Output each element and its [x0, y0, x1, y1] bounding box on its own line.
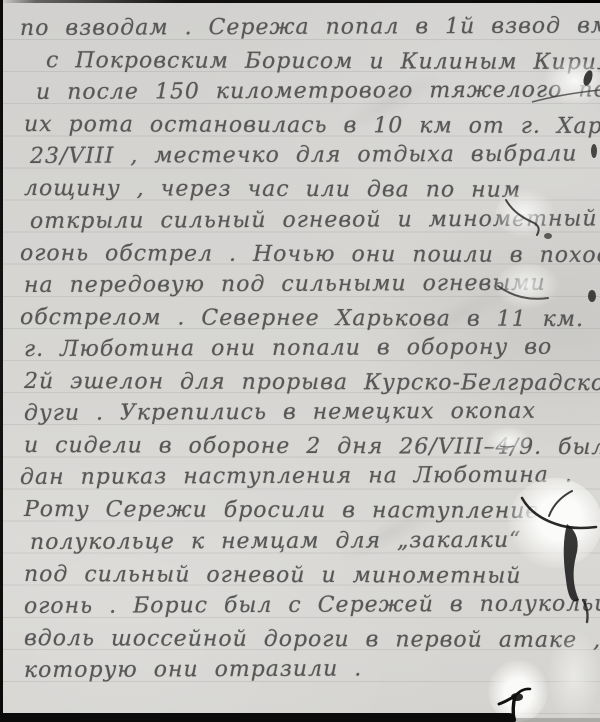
handwritten-line: которую они отразили . [18, 652, 596, 687]
handwritten-line: и после 150 километрового тяжелого поход… [18, 75, 596, 110]
handwritten-line: полукольце к немцам для „закалки“ [18, 524, 596, 559]
handwritten-line: Роту Сережи бросили в наступление [18, 494, 596, 528]
handwritten-line: дуги . Укрепились в немецких окопах [18, 396, 596, 431]
handwritten-line: обстрелом . Севернее Харькова в 11 км. [18, 302, 596, 336]
handwritten-line: г. Люботина они попали в оборону во [18, 331, 596, 366]
handwritten-line: открыли сильный огневой и минометный [18, 203, 596, 238]
handwritten-line: огонь обстрел . Ночью они пошли в поход … [18, 238, 596, 272]
handwritten-line: дан приказ наступления на Люботина . [18, 460, 596, 495]
scan-edge-left [0, 0, 3, 722]
scan-edge-top [0, 0, 600, 3]
handwritten-line: вдоль шоссейной дороги в первой атаке , [18, 623, 596, 657]
handwritten-line: огонь . Борис был с Сережей в полукольце [18, 588, 596, 623]
handwritten-line: на передовую под сильными огневыми [18, 267, 596, 302]
handwritten-line: под сильный огневой и минометный [18, 559, 596, 593]
scanned-letter-page: по взводам . Сережа попал в 1й взвод вме… [0, 0, 600, 722]
scan-edge-bottom [0, 713, 516, 722]
handwritten-text-block: по взводам . Сережа попал в 1й взвод вме… [18, 13, 596, 687]
handwritten-line: лощину , через час или два по ним [18, 173, 596, 207]
handwritten-line: по взводам . Сережа попал в 1й взвод вме… [18, 10, 596, 45]
handwritten-line: 23/VIII , местечко для отдыха выбрали [18, 139, 596, 174]
